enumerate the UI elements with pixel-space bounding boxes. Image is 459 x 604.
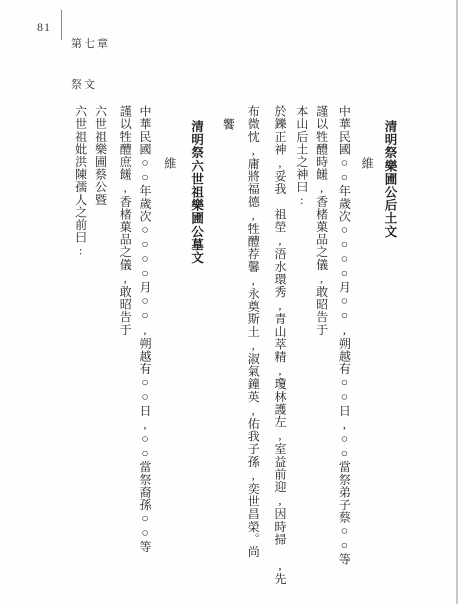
text-column: 謹以牲醴庶饈,香楮菓品之儀,敢昭告于: [117, 105, 131, 577]
document-title-column: 清明祭樂圃公后土文: [382, 105, 396, 577]
running-head: 81 第七章 祭文: [0, 0, 459, 50]
document-title-column: 清明祭六世祖樂圃公墓文: [189, 105, 203, 577]
text-column: 中華民國○○年歲次○○○○月○○,朔越有○○日,○○當祭裔孫○○等: [137, 105, 151, 577]
text-column: 維: [162, 105, 176, 577]
text-column: 饗: [221, 105, 235, 577]
text-column: 謹以牲醴時饈,香楮菓品之儀,敢昭告于: [314, 105, 328, 577]
header-divider: [61, 10, 62, 40]
text-column: 於鑠正神,妥我 祖塋,浯水環秀,青山萃精,瓊林護左,室益前迎,因時掃 ,先: [272, 105, 286, 577]
text-column: 中華民國○○年歲次○○○○月○○,朔越有○○日,○○當祭弟子蔡○○等: [337, 105, 351, 577]
text-column: 本山后土之神曰:: [294, 105, 308, 577]
chapter-title: 第七章: [71, 38, 110, 52]
text-column: 布微忱,庸將福德,牲醴荐馨,永奠斯土,淑氣鐘英,佑我子孫,奕世昌榮。尚: [245, 105, 259, 577]
text-column: 六世祖妣洪陳孺人之前曰:: [73, 105, 87, 577]
text-column: 維: [359, 105, 373, 577]
page-number: 81: [37, 20, 51, 35]
chapter-section: 祭文: [71, 79, 110, 93]
page-edge-line: [456, 0, 458, 604]
chapter-block: 第七章 祭文: [71, 11, 110, 119]
text-column: 六世祖樂圃蔡公暨: [93, 105, 107, 577]
document-body: 清明祭樂圃公后土文維中華民國○○年歲次○○○○月○○,朔越有○○日,○○當祭弟子…: [73, 105, 396, 577]
